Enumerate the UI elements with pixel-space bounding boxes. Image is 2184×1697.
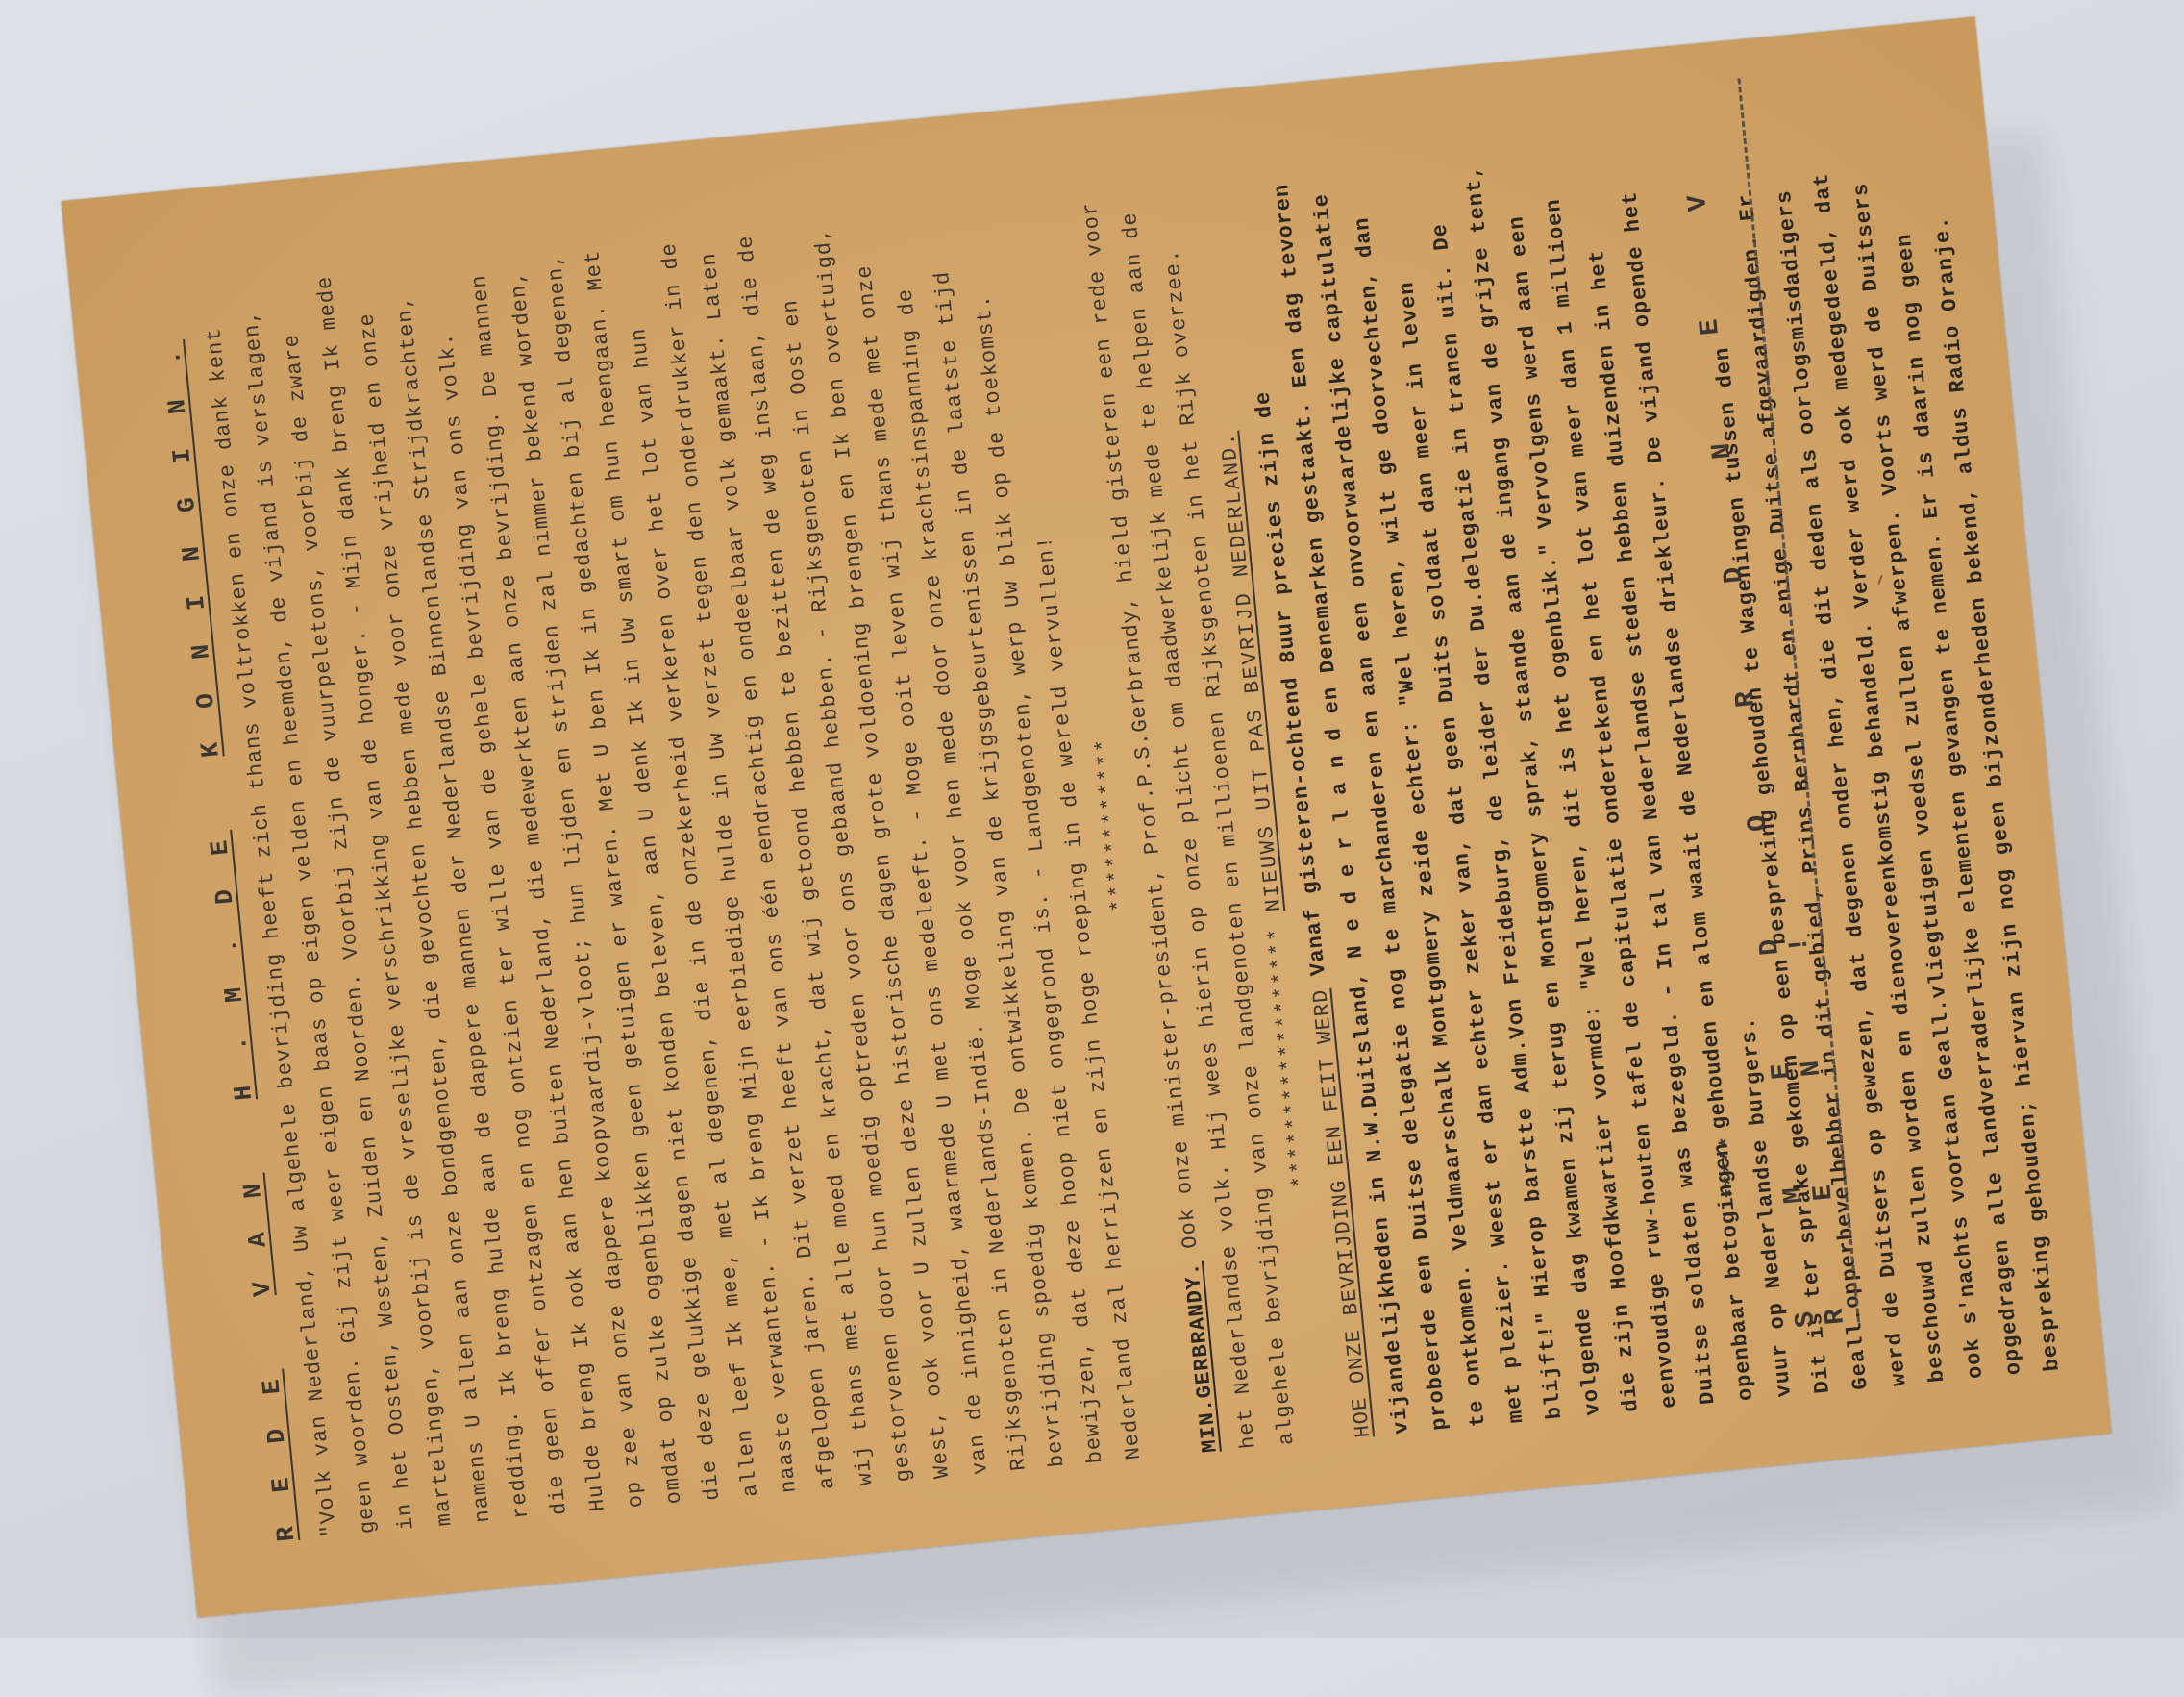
typewritten-document: R E D E V A N H . M . D E K O N I N G I … — [62, 17, 2112, 1618]
title-word-rede: R E D E — [256, 1368, 301, 1542]
speech-text: Uw algehele bevrijding heeft zich thans … — [202, 227, 1146, 1535]
photo-stage: R E D E V A N H . M . D E K O N I N G I … — [0, 0, 2184, 1638]
speech-paragraph: "Volk van Nederland, Uw algehele bevrijd… — [190, 194, 1154, 1538]
title-word-van: V A N — [237, 1172, 278, 1297]
